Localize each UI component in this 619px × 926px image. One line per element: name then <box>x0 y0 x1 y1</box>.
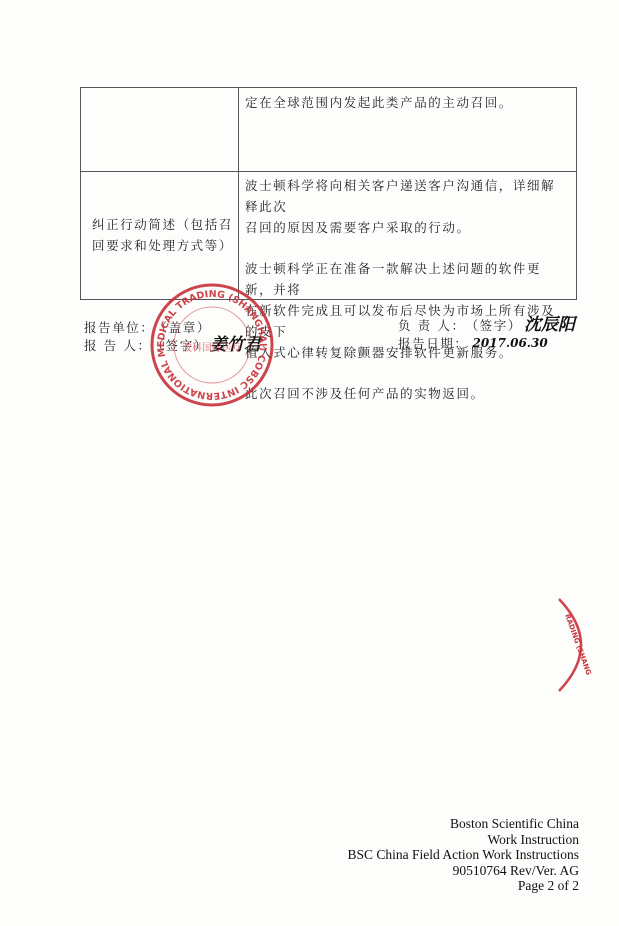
footer-doc-type: Work Instruction <box>347 832 579 848</box>
label-line: 纠正行动简述（包括召 <box>92 214 233 235</box>
text-line: 此次召回不涉及任何产品的实物返回。 <box>245 383 566 404</box>
row-label-cell <box>81 88 239 171</box>
recall-scope-text: 定在全球范围内发起此类产品的主动召回。 <box>245 92 566 113</box>
table-row: 纠正行动简述（包括召 回要求和处理方式等） 波士顿科学将向相关客户递送客户沟通信… <box>81 171 576 299</box>
footer-company: Boston Scientific China <box>347 816 579 832</box>
row-content-cell: 定在全球范围内发起此类产品的主动召回。 <box>239 88 576 171</box>
footer-doc-number: 90510764 Rev/Ver. AG <box>347 863 579 879</box>
partial-seal-icon: RADING (SHANG <box>555 595 595 695</box>
company-seal-icon: BSC INTERNATIONAL MEDICAL TRADING (SHANG… <box>150 283 274 407</box>
text-line: 召回的原因及需要客户采取的行动。 <box>245 217 566 238</box>
recall-report-table: 定在全球范围内发起此类产品的主动召回。 纠正行动简述（包括召 回要求和处理方式等… <box>80 87 577 300</box>
reporter-label: 报 告 人： <box>84 335 152 356</box>
report-date-value: 2017.06.30 <box>473 333 548 354</box>
svg-text:RADING (SHANG: RADING (SHANG <box>563 613 593 676</box>
footer-doc-title: BSC China Field Action Work Instructions <box>347 847 579 863</box>
responsible-line: 负 责 人： （签字） 沈辰阳 <box>398 316 575 334</box>
text-line: 波士顿科学将向相关客户递送客户沟通信，详细解释此次 <box>245 175 566 217</box>
footer-page-number: Page 2 of 2 <box>347 878 579 894</box>
table-row: 定在全球范围内发起此类产品的主动召回。 <box>81 88 576 172</box>
text-line: 波士顿科学正在准备一款解决上述问题的软件更新，并将 <box>245 258 566 300</box>
customer-communication-paragraph: 波士顿科学将向相关客户递送客户沟通信，详细解释此次 召回的原因及需要客户采取的行… <box>245 175 566 238</box>
responsible-signature-block: 负 责 人： （签字） 沈辰阳 报告日期： 2017.06.30 <box>398 316 575 352</box>
svg-text:波科国际医疗: 波科国际医疗 <box>182 341 242 354</box>
row-label-cell: 纠正行动简述（包括召 回要求和处理方式等） <box>81 171 239 299</box>
corrective-action-label: 纠正行动简述（包括召 回要求和处理方式等） <box>86 214 233 256</box>
label-line: 回要求和处理方式等） <box>92 235 233 256</box>
row-content-cell: 波士顿科学将向相关客户递送客户沟通信，详细解释此次 召回的原因及需要客户采取的行… <box>239 171 576 299</box>
document-footer: Boston Scientific China Work Instruction… <box>347 816 579 894</box>
report-date-label: 报告日期： <box>398 333 469 354</box>
no-return-paragraph: 此次召回不涉及任何产品的实物返回。 <box>245 383 566 404</box>
report-date-line: 报告日期： 2017.06.30 <box>398 334 575 352</box>
